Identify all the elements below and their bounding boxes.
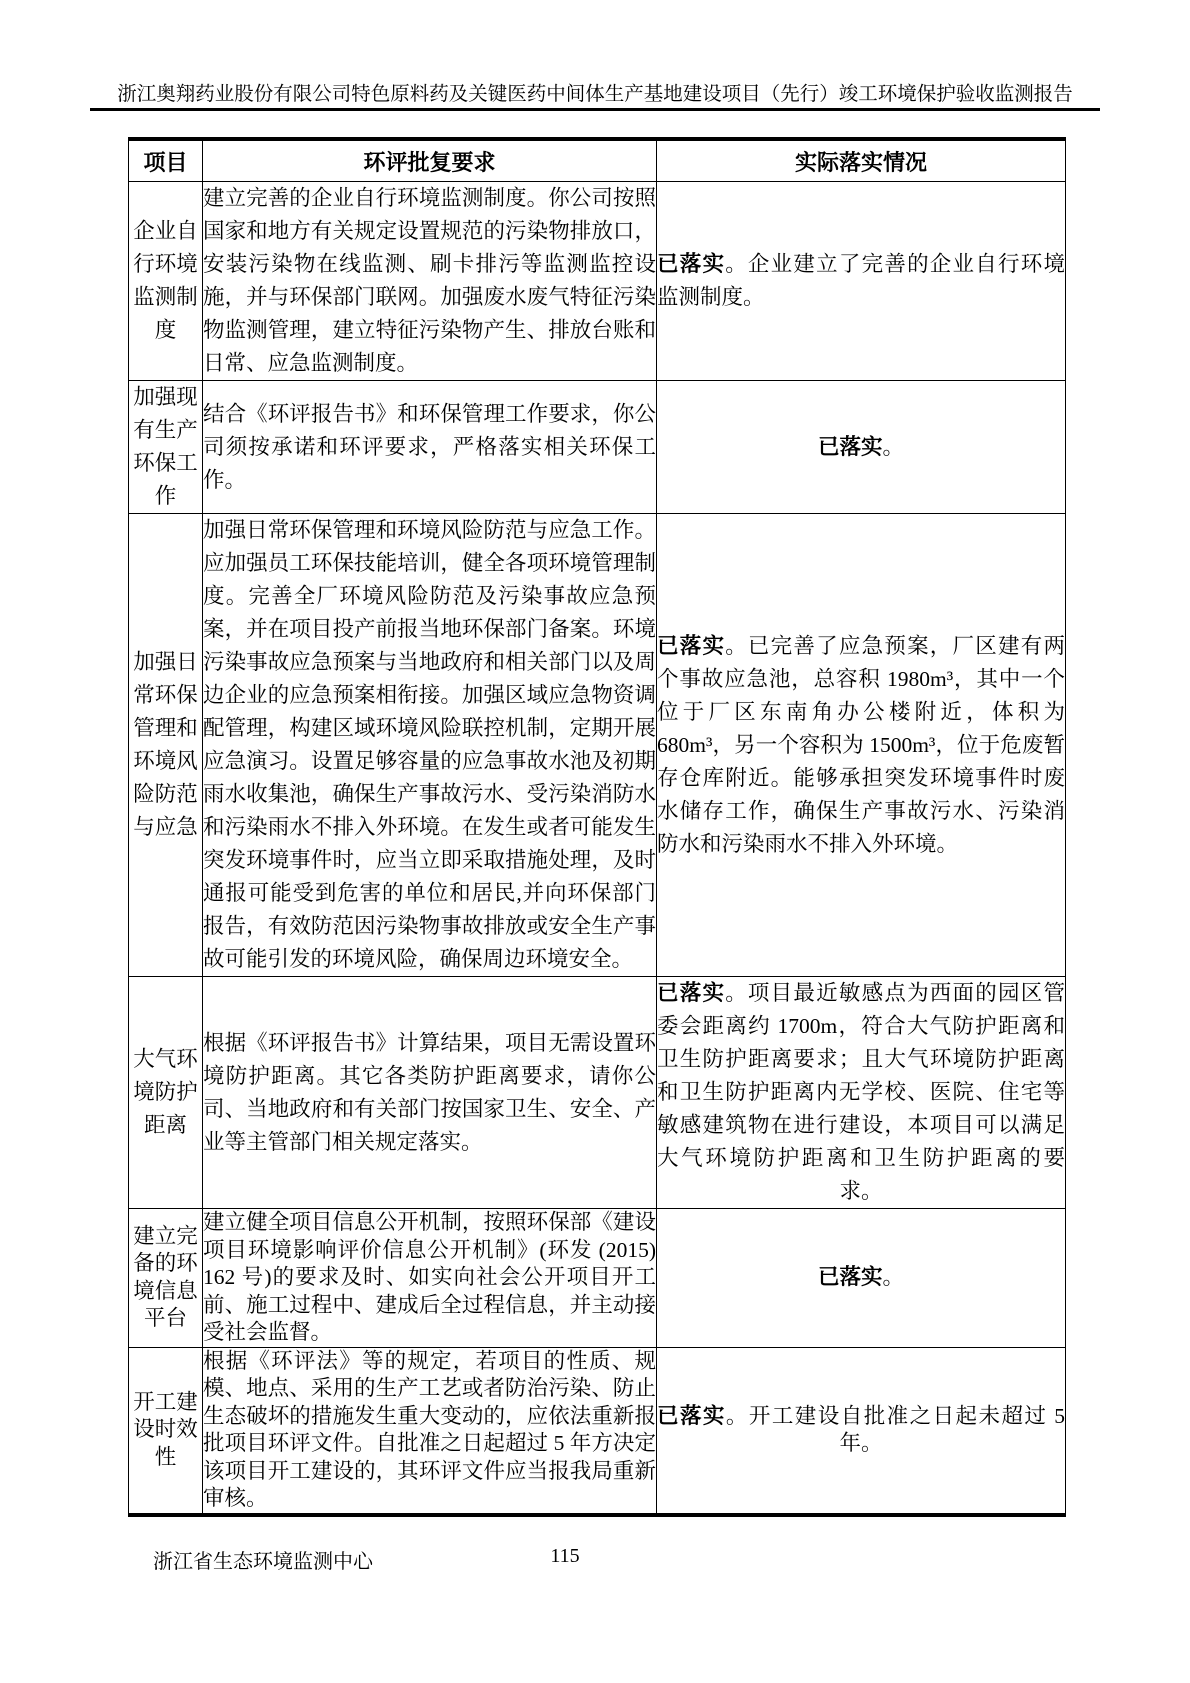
requirement-cell: 结合《环评报告书》和环保管理工作要求，你公司须按承诺和环评要求，严格落实相关环保… [203,381,657,514]
status-cell: 已落实。 [657,381,1066,514]
item-cell: 开工建设时效性 [129,1347,203,1515]
status-detail: 。 [883,1265,905,1289]
footer-organization: 浙江省生态环境监测中心 [153,1545,373,1574]
status-cell: 已落实。项目最近敏感点为西面的园区管委会距离约 1700m，符合大气防护距离和卫… [657,977,1066,1209]
requirement-cell: 根据《环评报告书》计算结果，项目无需设置环境防护距离。其它各类防护距离要求，请你… [203,977,657,1209]
status-detail: 。项目最近敏感点为西面的园区管委会距离约 1700m，符合大气防护距离和卫生防护… [657,981,1065,1203]
requirement-cell: 加强日常环保管理和环境风险防范与应急工作。应加强员工环保技能培训，健全各项环境管… [203,514,657,977]
column-header-status: 实际落实情况 [657,139,1066,182]
status-cell: 已落实。已完善了应急预案，厂区建有两个事故应急池，总容积 1980m³，其中一个… [657,514,1066,977]
column-header-item: 项目 [129,139,203,182]
eia-approval-table: 项目 环评批复要求 实际落实情况 企业自行环境监测制度 建立完善的企业自行环境监… [128,137,1066,1517]
status-detail: 。已完善了应急预案，厂区建有两个事故应急池，总容积 1980m³，其中一个位于厂… [657,634,1065,856]
table-header-row: 项目 环评批复要求 实际落实情况 [129,139,1066,182]
status-label: 已落实 [657,634,725,658]
item-cell: 加强现有生产环保工作 [129,381,203,514]
status-label: 已落实 [657,1404,726,1428]
table-row: 大气环境防护距离 根据《环评报告书》计算结果，项目无需设置环境防护距离。其它各类… [129,977,1066,1209]
status-cell: 已落实。开工建设自批准之日起未超过 5 年。 [657,1347,1066,1515]
footer-page-number: 115 [525,1545,605,1568]
report-page: 浙江奥翔药业股份有限公司特色原料药及关键医药中间体生产基地建设项目（先行）竣工环… [0,0,1190,1683]
status-detail: 。开工建设自批准之日起未超过 5 年。 [726,1404,1065,1456]
header-divider [90,108,1100,111]
status-label: 已落实 [657,252,725,276]
status-label: 已落实 [818,1265,883,1289]
table-row: 加强现有生产环保工作 结合《环评报告书》和环保管理工作要求，你公司须按承诺和环评… [129,381,1066,514]
requirement-cell: 建立完善的企业自行环境监测制度。你公司按照国家和地方有关规定设置规范的污染物排放… [203,182,657,381]
status-label: 已落实 [657,981,725,1005]
item-cell: 建立完备的环境信息平台 [129,1209,203,1348]
status-detail: 。 [883,435,905,459]
requirement-cell: 根据《环评法》等的规定，若项目的性质、规模、地点、采用的生产工艺或者防治污染、防… [203,1347,657,1515]
column-header-requirement: 环评批复要求 [203,139,657,182]
table-row: 加强日常环保管理和环境风险防范与应急 加强日常环保管理和环境风险防范与应急工作。… [129,514,1066,977]
table-row: 建立完备的环境信息平台 建立健全项目信息公开机制，按照环保部《建设项目环境影响评… [129,1209,1066,1348]
item-cell: 企业自行环境监测制度 [129,182,203,381]
table-row: 开工建设时效性 根据《环评法》等的规定，若项目的性质、规模、地点、采用的生产工艺… [129,1347,1066,1515]
table-row: 企业自行环境监测制度 建立完善的企业自行环境监测制度。你公司按照国家和地方有关规… [129,182,1066,381]
item-cell: 加强日常环保管理和环境风险防范与应急 [129,514,203,977]
status-cell: 已落实。企业建立了完善的企业自行环境监测制度。 [657,182,1066,381]
requirement-cell: 建立健全项目信息公开机制，按照环保部《建设项目环境影响评价信息公开机制》(环发 … [203,1209,657,1348]
page-title: 浙江奥翔药业股份有限公司特色原料药及关键医药中间体生产基地建设项目（先行）竣工环… [0,78,1190,106]
status-cell: 已落实。 [657,1209,1066,1348]
item-cell: 大气环境防护距离 [129,977,203,1209]
status-label: 已落实 [818,435,883,459]
